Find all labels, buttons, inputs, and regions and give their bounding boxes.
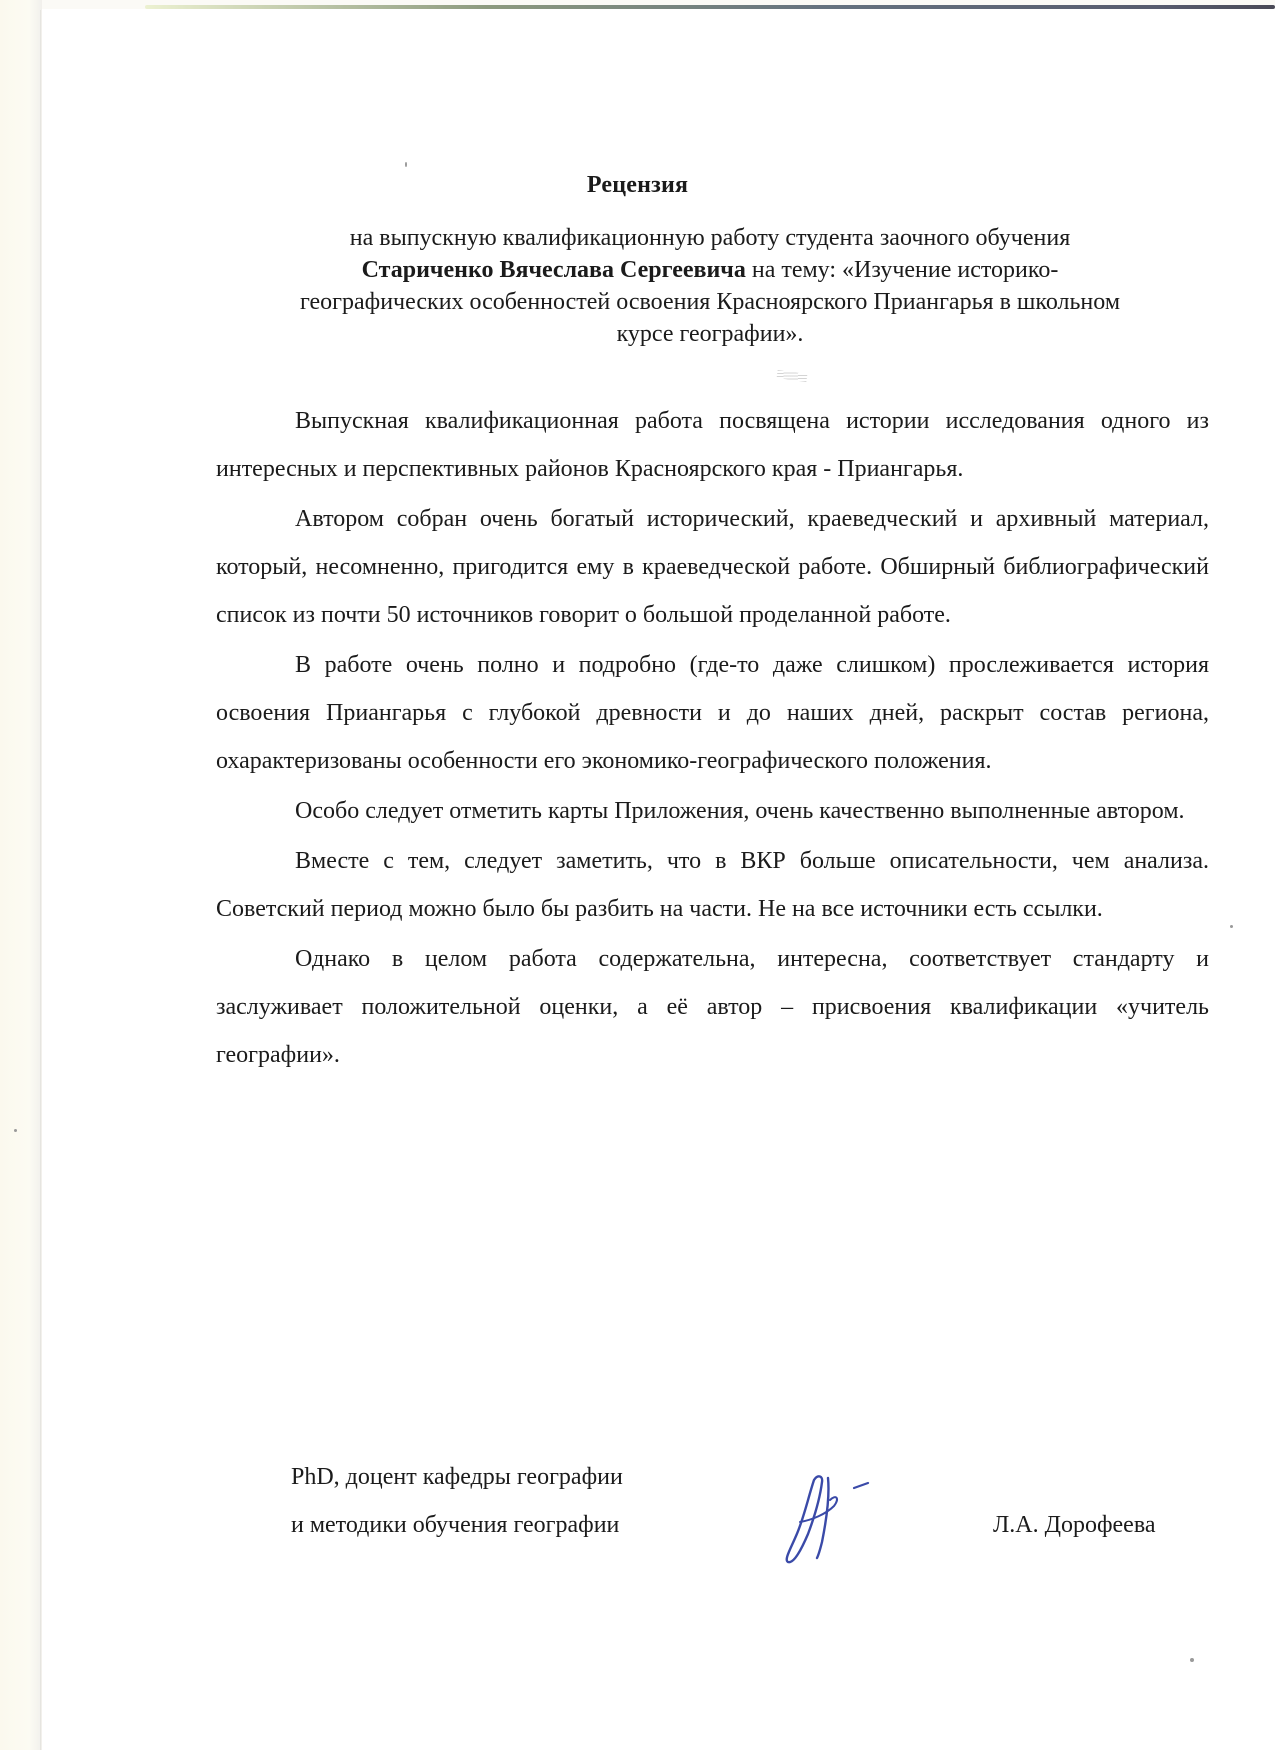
- paragraph-conclusion: Однако в целом работа содержательна, инт…: [216, 935, 1209, 1079]
- reviewer-position-line1: PhD, доцент кафедры географии: [291, 1453, 623, 1501]
- paragraph-remarks: Вместе с тем, следует заметить, что в ВК…: [216, 837, 1209, 933]
- scan-speck: [1230, 925, 1233, 928]
- reviewer-name: Л.А. Дорофеева: [993, 1501, 1156, 1549]
- document-subtitle: на выпускную квалификационную работу сту…: [280, 222, 1140, 350]
- reviewer-position: PhD, доцент кафедры географии и методики…: [291, 1453, 623, 1549]
- paragraph-content: В работе очень полно и подробно (где-то …: [216, 641, 1209, 785]
- subtitle-line1: на выпускную квалификационную работу сту…: [350, 225, 1070, 251]
- reviewer-position-line2: и методики обучения географии: [291, 1501, 623, 1549]
- student-name: Стариченко Вячеслава Сергеевича: [362, 257, 746, 283]
- scan-left-margin: [0, 0, 42, 1750]
- handwritten-signature-icon: [770, 1468, 880, 1568]
- scan-top-edge: [145, 5, 1275, 9]
- paragraph-intro: Выпускная квалификационная работа посвящ…: [216, 397, 1209, 493]
- document-title: Рецензия: [0, 172, 1275, 199]
- paragraph-maps: Особо следует отметить карты Приложения,…: [216, 787, 1209, 835]
- paper-edge: [40, 10, 41, 1750]
- scan-speck: [405, 162, 407, 167]
- paragraph-materials: Автором собран очень богатый исторически…: [216, 495, 1209, 639]
- scan-speck: [14, 1129, 17, 1132]
- review-body: Выпускная квалификационная работа посвящ…: [216, 397, 1209, 1079]
- scan-speck: [1190, 1658, 1194, 1662]
